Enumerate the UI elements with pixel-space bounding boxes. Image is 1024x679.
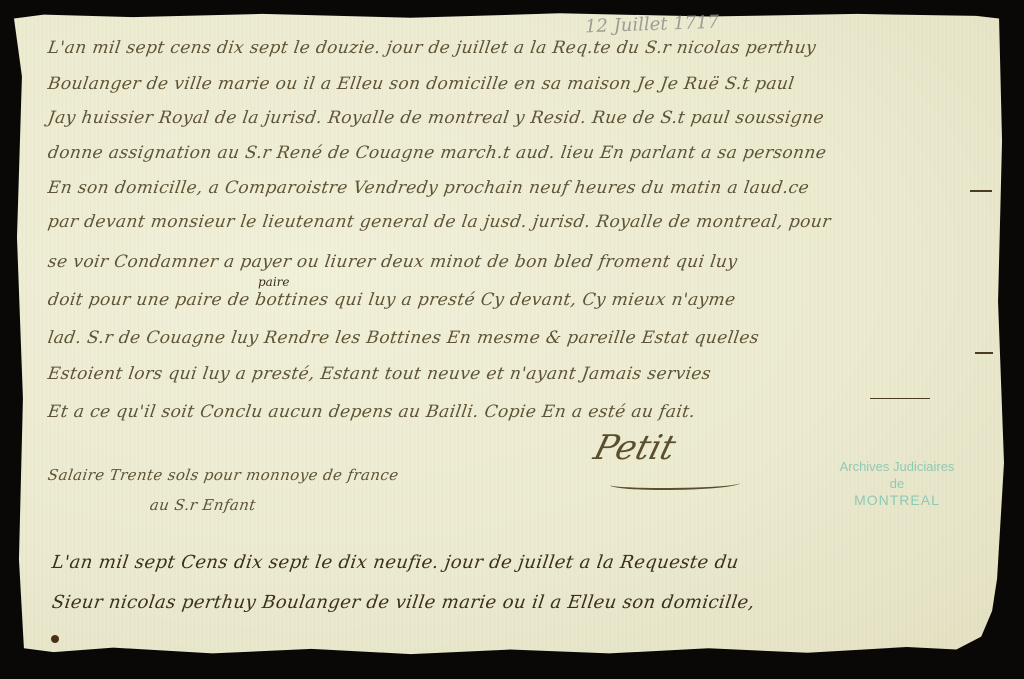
stamp-line-3: MONTREAL: [812, 492, 982, 509]
ink-blot: [51, 635, 59, 643]
text-line-7: se voir Condamner a payer ou liurer deux…: [47, 252, 739, 272]
line-end-dash: [870, 398, 930, 399]
text-line-11: Et a ce qu'il soit Conclu aucun depens a…: [47, 402, 697, 422]
signature: Petit: [590, 428, 680, 468]
text-line-9: lad. S.r de Couagne luy Rendre les Botti…: [47, 328, 761, 348]
inserted-word: paire: [258, 275, 290, 289]
stamp-line-1: Archives Judiciaires: [812, 458, 982, 475]
text-line-4: donne assignation au S.r René de Couagne…: [47, 143, 828, 163]
margin-note-recipient: au S.r Enfant: [149, 496, 257, 514]
text-line-10: Estoient lors qui luy a presté, Estant t…: [47, 364, 713, 384]
text-line-3: Jay huissier Royal de la jurisd. Royalle…: [47, 108, 826, 128]
text-line-2: Boulanger de ville marie ou il a Elleu s…: [47, 74, 796, 94]
margin-note-fee: Salaire Trente sols pour monnoye de fran…: [47, 466, 400, 484]
line-end-dash: [970, 190, 992, 192]
stamp-line-2: de: [812, 475, 982, 492]
text-line-8: doit pour une paire de bottines qui luy …: [47, 290, 737, 310]
archive-stamp: Archives Judiciaires de MONTREAL: [812, 458, 982, 509]
second-entry-line-2: Sieur nicolas perthuy Boulanger de ville…: [51, 592, 757, 613]
text-line-5: En son domicille, a Comparoistre Vendred…: [47, 178, 811, 198]
second-entry-line-1: L'an mil sept Cens dix sept le dix neufi…: [51, 552, 741, 573]
text-line-6: par devant monsieur le lieutenant genera…: [47, 212, 833, 232]
text-line-1: L'an mil sept cens dix sept le douzie. j…: [47, 38, 818, 58]
line-end-dash: [975, 352, 993, 354]
